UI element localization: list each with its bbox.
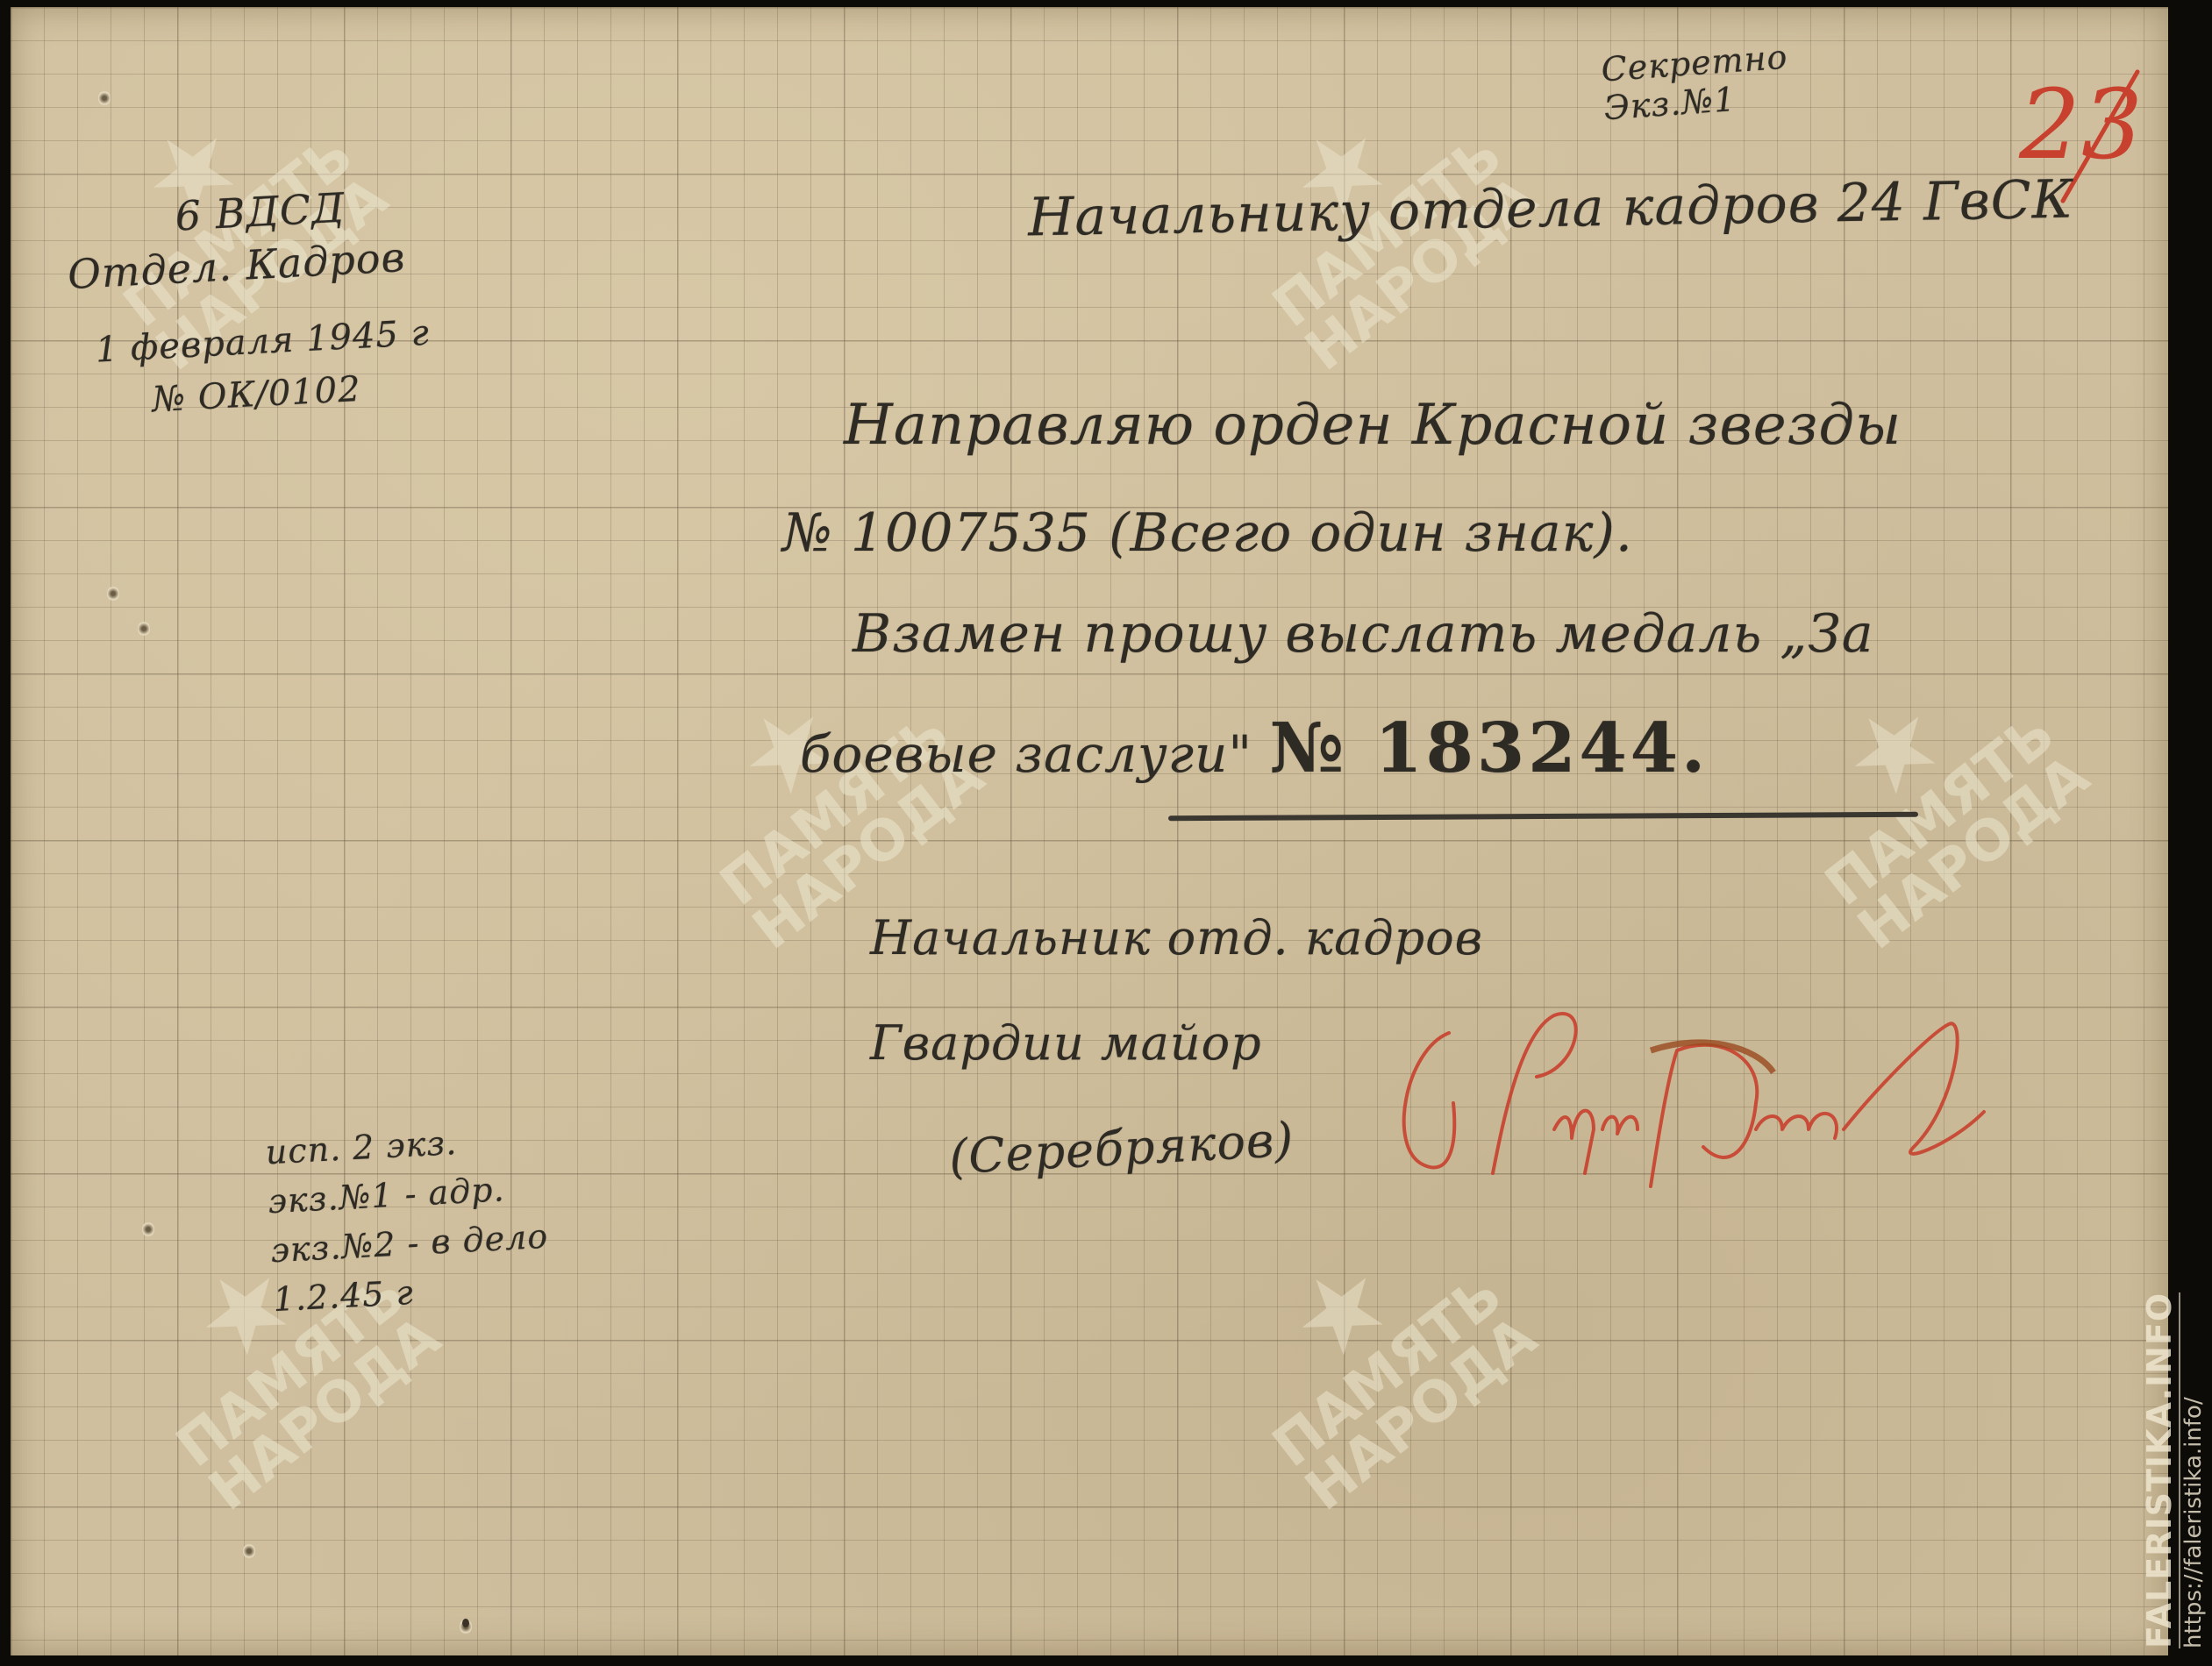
punch-hole xyxy=(98,90,111,106)
body-line-3: Взамен прошу выслать медаль „За xyxy=(853,603,1874,665)
signature-scrawl-icon xyxy=(1388,998,2177,1200)
archive-watermark: ★ ПАМЯТЬ НАРОДА xyxy=(1757,629,2098,958)
document-page: ★ ПАМЯТЬ НАРОДА ★ ПАМЯТЬ НАРОДА ★ ПАМЯТЬ… xyxy=(11,7,2168,1655)
paper-mark xyxy=(462,1619,469,1627)
punch-hole xyxy=(142,1221,154,1237)
punch-hole xyxy=(243,1543,255,1559)
archive-watermark: ★ ПАМЯТЬ НАРОДА xyxy=(1204,1190,1545,1520)
copy-distribution-note: исп. 2 экз. экз.№1 - адр. экз.№2 - в дел… xyxy=(264,1114,552,1324)
body-line-1: Направляю орден Красной звезды xyxy=(844,393,1902,458)
red-signature: Серебряков xyxy=(1388,998,2177,1203)
punch-hole xyxy=(138,621,150,637)
signatory-name: (Серебряков) xyxy=(948,1112,1295,1185)
site-watermark: FALERISTIKA.INFO https://faleristika.inf… xyxy=(2140,1292,2207,1648)
body-line-2: № 1007535 (Всего один знак). xyxy=(782,502,1633,564)
body-line-4: боевые заслуги" № 183244. xyxy=(800,708,1709,788)
addressee-line: Начальнику отдела кадров 24 ГвСК xyxy=(1027,169,2073,249)
archive-watermark: ★ ПАМЯТЬ НАРОДА xyxy=(652,629,993,958)
signatory-title: Начальник отд. кадров xyxy=(870,910,1483,965)
medal-number: № 183244. xyxy=(1269,708,1709,788)
punch-hole xyxy=(107,586,119,602)
sender-stamp-block: 6 ВДСД Отдел. Кадров 1 февраля 1945 г № … xyxy=(26,176,450,432)
signatory-rank: Гвардии майор xyxy=(870,1015,1262,1071)
classification-mark: Секретно Экз.№1 xyxy=(1600,38,1792,128)
